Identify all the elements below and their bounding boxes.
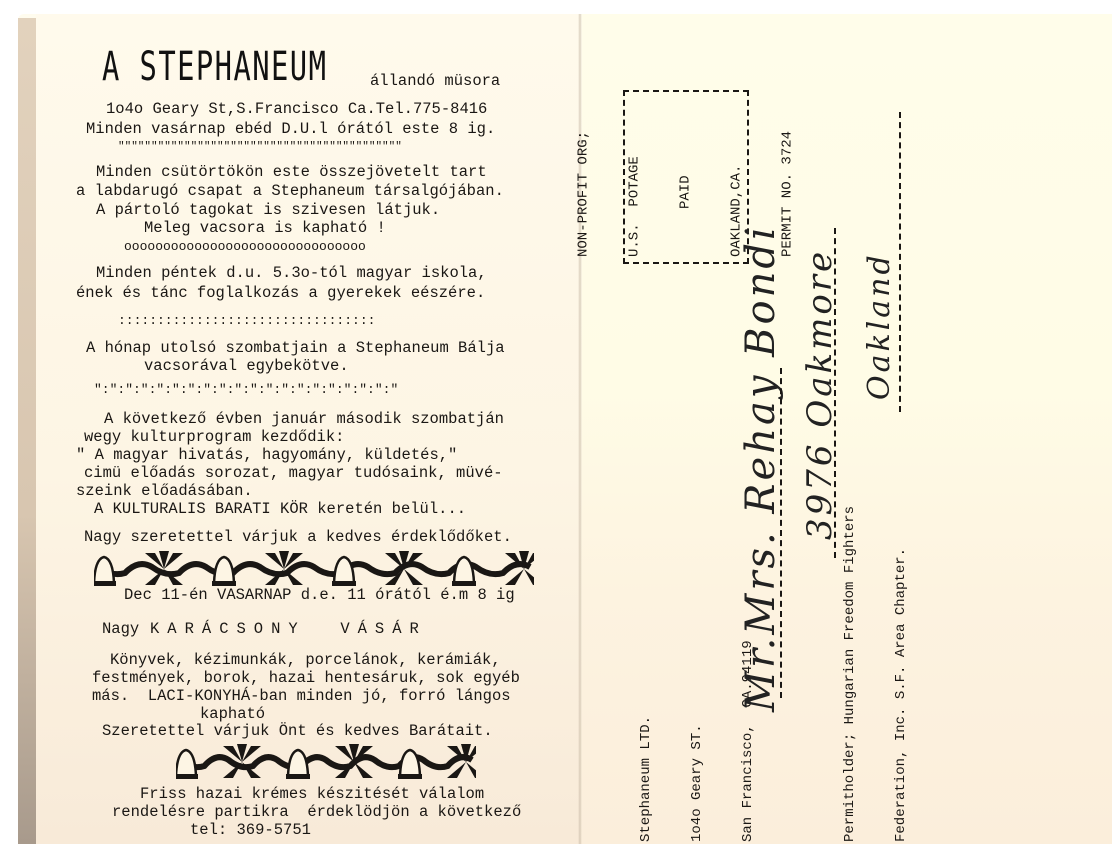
- paper-edge-strip: [18, 18, 36, 844]
- permit-line-2: U.S. POTAGE: [627, 97, 644, 257]
- ball-line-2: vacsorával egybekötve.: [144, 357, 349, 375]
- permit-text: NON-PROFIT ORG; U.S. POTAGE PAID OAKLAND…: [542, 97, 831, 257]
- recipient-city: Oakland: [862, 252, 897, 400]
- thursday-line-4: Meleg vacsora is kapható !: [144, 219, 386, 237]
- permitholder-line-1: Permitholder; Hungarian Freedom Fighters: [842, 506, 859, 842]
- thursday-line-3: A pártoló tagokat is szivesen látjuk.: [96, 201, 440, 219]
- flyer-sunday-hours: Minden vasárnap ebéd D.U.l órától este 8…: [86, 120, 495, 138]
- address-underline-3: [899, 112, 901, 412]
- flyer-subtitle: állandó müsora: [370, 72, 500, 90]
- permit-line-1: NON-PROFIT ORG;: [576, 97, 593, 257]
- permit-line-3: PAID: [678, 97, 695, 257]
- postage-permit-box: NON-PROFIT ORG; U.S. POTAGE PAID OAKLAND…: [623, 90, 749, 264]
- pastry-line-1: Friss hazai krémes készitését válalom: [140, 785, 484, 803]
- divider-o: ooooooooooooooooooooooooooooooo: [124, 238, 366, 256]
- culture-line-5: szeink előadásában.: [76, 482, 253, 500]
- pastry-line-2: rendelésre partikra érdeklödjön a követk…: [112, 803, 521, 821]
- thursday-line-2: a labdarugó csapat a Stephaneum társalgó…: [76, 182, 504, 200]
- address-underline-2: [834, 228, 836, 558]
- divider-colons: :::::::::::::::::::::::::::::::::: [118, 312, 375, 330]
- market-line-2: festmények, borok, hazai hentesáruk, sok…: [92, 669, 520, 687]
- return-address-line-2: 1o4o Geary ST.: [689, 506, 706, 842]
- market-line-3: más. LACI-KONYHÁ-ban minden jó, forró lá…: [92, 687, 511, 705]
- christmas-market-title: KARÁCSONY VÁSÁR: [150, 620, 427, 638]
- thursday-line-1: Minden csütörtökön este összejövetelt ta…: [96, 163, 487, 181]
- welcome-line: Nagy szeretettel várjuk a kedves érdeklő…: [84, 528, 512, 546]
- bells-garland-icon: [176, 738, 476, 786]
- permitholder-line-2: Federation, Inc. S.F. Area Chapter.: [893, 506, 910, 842]
- culture-line-6: A KULTURALIS BARATI KÖR keretén belül...: [94, 500, 466, 518]
- divider-quote-colon: ":":":":":":":":":":":":":":":":":":":": [94, 381, 398, 399]
- market-line-4: kapható: [200, 705, 265, 723]
- flyer-title: A STEPHANEUM: [102, 44, 327, 90]
- christmas-prefix: Nagy: [102, 620, 139, 638]
- return-address-line-1: Stephaneum LTD.: [638, 506, 655, 842]
- market-line-1: Könyvek, kézimunkák, porcelánok, kerámiá…: [110, 651, 501, 669]
- divider-quotes: """"""""""""""""""""""""""""""""""""""""…: [118, 138, 402, 156]
- pastry-phone: tel: 369-5751: [190, 821, 311, 839]
- culture-line-2: wegy kulturprogram kezdődik:: [84, 428, 344, 446]
- friday-line-1: Minden péntek d.u. 5.3o-tól magyar iskol…: [96, 264, 487, 282]
- culture-line-3: " A magyar hivatás, hagyomány, küldetés,…: [76, 446, 457, 464]
- christmas-date: Dec 11-én VASARNAP d.e. 11 órától é.m 8 …: [124, 586, 515, 604]
- culture-line-1: A következő évben január második szombat…: [104, 410, 504, 428]
- flyer-address: 1o4o Geary St,S.Francisco Ca.Tel.775-841…: [106, 100, 487, 118]
- recipient-name: Mr.Mrs. Rehay Bondi: [738, 224, 784, 712]
- address-underline-1: [780, 368, 782, 698]
- ball-line-1: A hónap utolsó szombatjain a Stephaneum …: [86, 339, 505, 357]
- culture-line-4: cimü előadás sorozat, magyar tudósaink, …: [84, 464, 503, 482]
- friday-line-2: ének és tánc foglalkozás a gyerekek eész…: [76, 284, 485, 302]
